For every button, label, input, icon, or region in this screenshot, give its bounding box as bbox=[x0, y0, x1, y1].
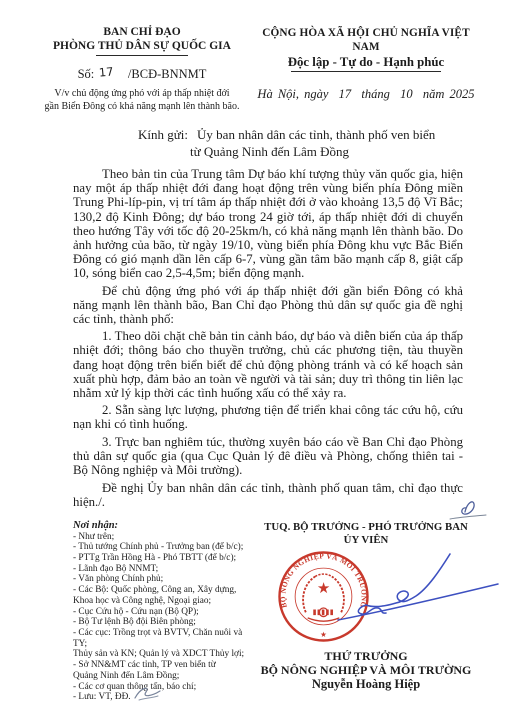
recipient-line: - Lãnh đạo Bộ NNMT; bbox=[73, 564, 258, 575]
document-header: BAN CHỈ ĐẠO PHÒNG THỦ DÂN SỰ QUỐC GIA Số… bbox=[0, 0, 509, 113]
national-title: CỘNG HÒA XÃ HỘI CHỦ NGHĨA VIỆT NAM bbox=[251, 26, 481, 54]
issuing-org-block: BAN CHỈ ĐẠO PHÒNG THỦ DÂN SỰ QUỐC GIA Số… bbox=[33, 26, 251, 113]
recipient-line: - Sở NN&MT các tỉnh, TP ven biển từ bbox=[73, 660, 258, 671]
salutation-line1: Kính gửi:Ủy ban nhân dân các tỉnh, thành… bbox=[138, 127, 509, 144]
recipient-line: - Các Bộ: Quốc phòng, Công an, Xây dựng, bbox=[73, 585, 258, 596]
salutation-recipient: Ủy ban nhân dân các tỉnh, thành phố ven … bbox=[197, 127, 435, 142]
recipient-line: - Văn phòng Chính phủ; bbox=[73, 574, 258, 585]
recipient-line: - Các cục: Trồng trọt và BVTV, Chăn nuôi… bbox=[73, 628, 258, 649]
handwritten-doc-number: 17 bbox=[99, 64, 115, 79]
recipient-line: - Cục Cứu hộ - Cứu nạn (Bộ QP); bbox=[73, 607, 258, 618]
org-underline bbox=[96, 55, 188, 56]
signing-authority-line1: TUQ. BỘ TRƯỞNG - PHÓ TRƯỞNG BAN bbox=[250, 521, 482, 534]
document-number-line: Số:17/BCĐ-BNNMT bbox=[33, 67, 251, 82]
recipient-line: - PTTg Trần Hồng Hà - Phó TBTT (để b/c); bbox=[73, 553, 258, 564]
document-footer: Nơi nhận: - Như trên;- Thủ tướng Chính p… bbox=[0, 519, 509, 703]
handwritten-initial-recipients bbox=[129, 684, 167, 704]
signer-ministry: BỘ NÔNG NGHIỆP VÀ MÔI TRƯỜNG bbox=[250, 663, 482, 677]
paragraph-item-3: 3. Trực ban nghiêm túc, thường xuyên báo… bbox=[73, 435, 463, 478]
official-dispatch-document: BAN CHỈ ĐẠO PHÒNG THỦ DÂN SỰ QUỐC GIA Số… bbox=[0, 0, 509, 720]
paragraph-purpose: Để chủ động ứng phó với áp thấp nhiệt đớ… bbox=[73, 284, 463, 327]
issuing-org-line2: PHÒNG THỦ DÂN SỰ QUỐC GIA bbox=[33, 39, 251, 53]
doc-number-suffix: /BCĐ-BNNMT bbox=[128, 67, 206, 81]
signature-block: TUQ. BỘ TRƯỞNG - PHÓ TRƯỞNG BAN ỦY VIÊN … bbox=[250, 521, 482, 692]
signer-name: Nguyễn Hoàng Hiệp bbox=[250, 677, 482, 692]
paragraph-item-2: 2. Sẵn sàng lực lượng, phương tiện để tr… bbox=[73, 403, 463, 431]
salutation-block: Kính gửi:Ủy ban nhân dân các tỉnh, thành… bbox=[0, 127, 509, 160]
subject-line2: gần Biển Đông có khả năng mạnh lên thành… bbox=[33, 101, 251, 114]
paragraph-item-1: 1. Theo dõi chặt chẽ bản tin cảnh báo, d… bbox=[73, 329, 463, 400]
handwritten-signature bbox=[322, 544, 500, 630]
recipient-line: Quảng Ninh đến Lâm Đồng; bbox=[73, 671, 258, 682]
salutation-label: Kính gửi: bbox=[138, 127, 188, 142]
subject-line1: V/v chủ động ứng phó với áp thấp nhiệt đ… bbox=[33, 88, 251, 101]
recipient-line: - Bộ Tư lệnh Bộ đội Biên phòng; bbox=[73, 617, 258, 628]
recipient-line: - Như trên; bbox=[73, 532, 258, 543]
handwritten-initial-closing bbox=[446, 496, 488, 522]
doc-number-label: Số: bbox=[78, 67, 95, 81]
recipient-line: Khoa học và Công nghệ, Ngoại giao; bbox=[73, 596, 258, 607]
motto-underline bbox=[291, 71, 441, 72]
seal-and-signature-zone: BỘ NÔNG NGHIỆP VÀ MÔI TRƯỜNG ★ ★ bbox=[250, 550, 482, 646]
signer-title: THỨ TRƯỞNG bbox=[250, 649, 482, 663]
national-motto-block: CỘNG HÒA XÃ HỘI CHỦ NGHĨA VIỆT NAM Độc l… bbox=[251, 26, 481, 113]
recipients-list: - Như trên;- Thủ tướng Chính phủ - Trưởn… bbox=[73, 532, 258, 703]
place-dateline: Hà Nội, ngày 17 tháng 10 năm 2025 bbox=[251, 87, 481, 102]
recipient-line: - Thủ tướng Chính phủ - Trưởng ban (để b… bbox=[73, 542, 258, 553]
paragraph-closing: Đề nghị Ủy ban nhân dân các tỉnh, thành … bbox=[73, 481, 463, 509]
recipients-block: Nơi nhận: - Như trên;- Thủ tướng Chính p… bbox=[73, 519, 258, 703]
document-body: Theo bản tin của Trung tâm Dự báo khí tư… bbox=[0, 160, 509, 510]
paragraph-situation: Theo bản tin của Trung tâm Dự báo khí tư… bbox=[73, 167, 463, 281]
recipient-line: Thủy sản và KN; Quản lý và XDCT Thủy lợi… bbox=[73, 649, 258, 660]
national-motto: Độc lập - Tự do - Hạnh phúc bbox=[251, 54, 481, 70]
subject-block: V/v chủ động ứng phó với áp thấp nhiệt đ… bbox=[33, 88, 251, 113]
salutation-line2: từ Quảng Ninh đến Lâm Đồng bbox=[190, 144, 509, 161]
issuing-org-line1: BAN CHỈ ĐẠO bbox=[33, 26, 251, 39]
recipients-label: Nơi nhận: bbox=[73, 519, 258, 532]
seal-bottom-star-icon: ★ bbox=[320, 630, 327, 639]
